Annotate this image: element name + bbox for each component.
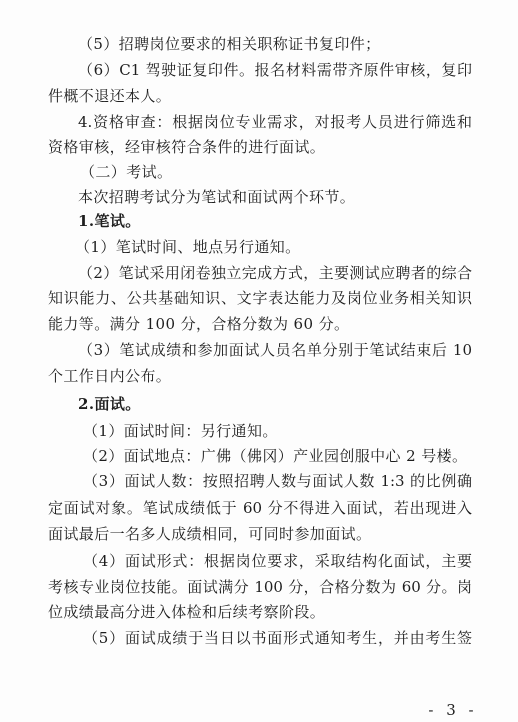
text-line: （3）笔试成绩和参加面试人员名单分别于笔试结束后 10 — [78, 340, 472, 360]
text-line: 资格审核，经审核符合条件的进行面试。 — [48, 137, 325, 157]
text-line: 能力等。满分 100 分，合格分数为 60 分。 — [48, 314, 349, 334]
text-line: （1）笔试时间、地点另行通知。 — [75, 237, 301, 257]
document-page: （5）招聘岗位要求的相关职称证书复印件； （6）C1 驾驶证复印件。报名材料需带… — [0, 0, 518, 722]
text-line: （2）面试地点：广佛（佛冈）产业园创服中心 2 号楼。 — [83, 446, 467, 466]
text-line: 本次招聘考试分为笔试和面试两个环节。 — [78, 187, 355, 207]
text-line: （6）C1 驾驶证复印件。报名材料需带齐原件审核，复印 — [78, 60, 472, 80]
page-number: - 3 - — [425, 700, 481, 720]
text-line: （1）面试时间：另行通知。 — [83, 421, 278, 441]
text-line: （2）笔试采用闭卷独立完成方式，主要测试应聘者的综合 — [78, 263, 472, 283]
text-line: （3）面试人数：按照招聘人数与面试人数 1:3 的比例确 — [83, 471, 472, 491]
text-line: 知识能力、公共基础知识、文字表达能力及岗位业务相关知识 — [48, 288, 472, 308]
text-line: 件概不退还本人。 — [48, 86, 171, 106]
text-line: 定面试对象。笔试成绩低于 60 分不得进入面试，若出现进入 — [48, 498, 472, 518]
text-line: （5）面试成绩于当日以书面形式通知考生，并由考生签 — [83, 628, 472, 648]
text-line: （4）面试形式：根据岗位要求，采取结构化面试，主要 — [83, 551, 472, 571]
text-line: 面试最后一名多人成绩相同，可同时参加面试。 — [48, 524, 371, 544]
text-line: （5）招聘岗位要求的相关职称证书复印件； — [78, 34, 381, 54]
text-line: 考核专业岗位技能。面试满分 100 分，合格分数为 60 分。岗 — [48, 577, 472, 597]
section-heading-qualification-review: 4.资格审查：根据岗位专业需求，对报考人员进行筛选和 — [78, 112, 472, 132]
text-line: 位成绩最高分进入体检和后续考察阶段。 — [48, 602, 325, 622]
text-line: 个工作日内公布。 — [48, 366, 171, 386]
section-heading-written-test: 1.笔试。 — [78, 211, 141, 231]
section-heading-exam: （二）考试。 — [80, 162, 172, 182]
section-heading-interview: 2.面试。 — [78, 394, 141, 414]
